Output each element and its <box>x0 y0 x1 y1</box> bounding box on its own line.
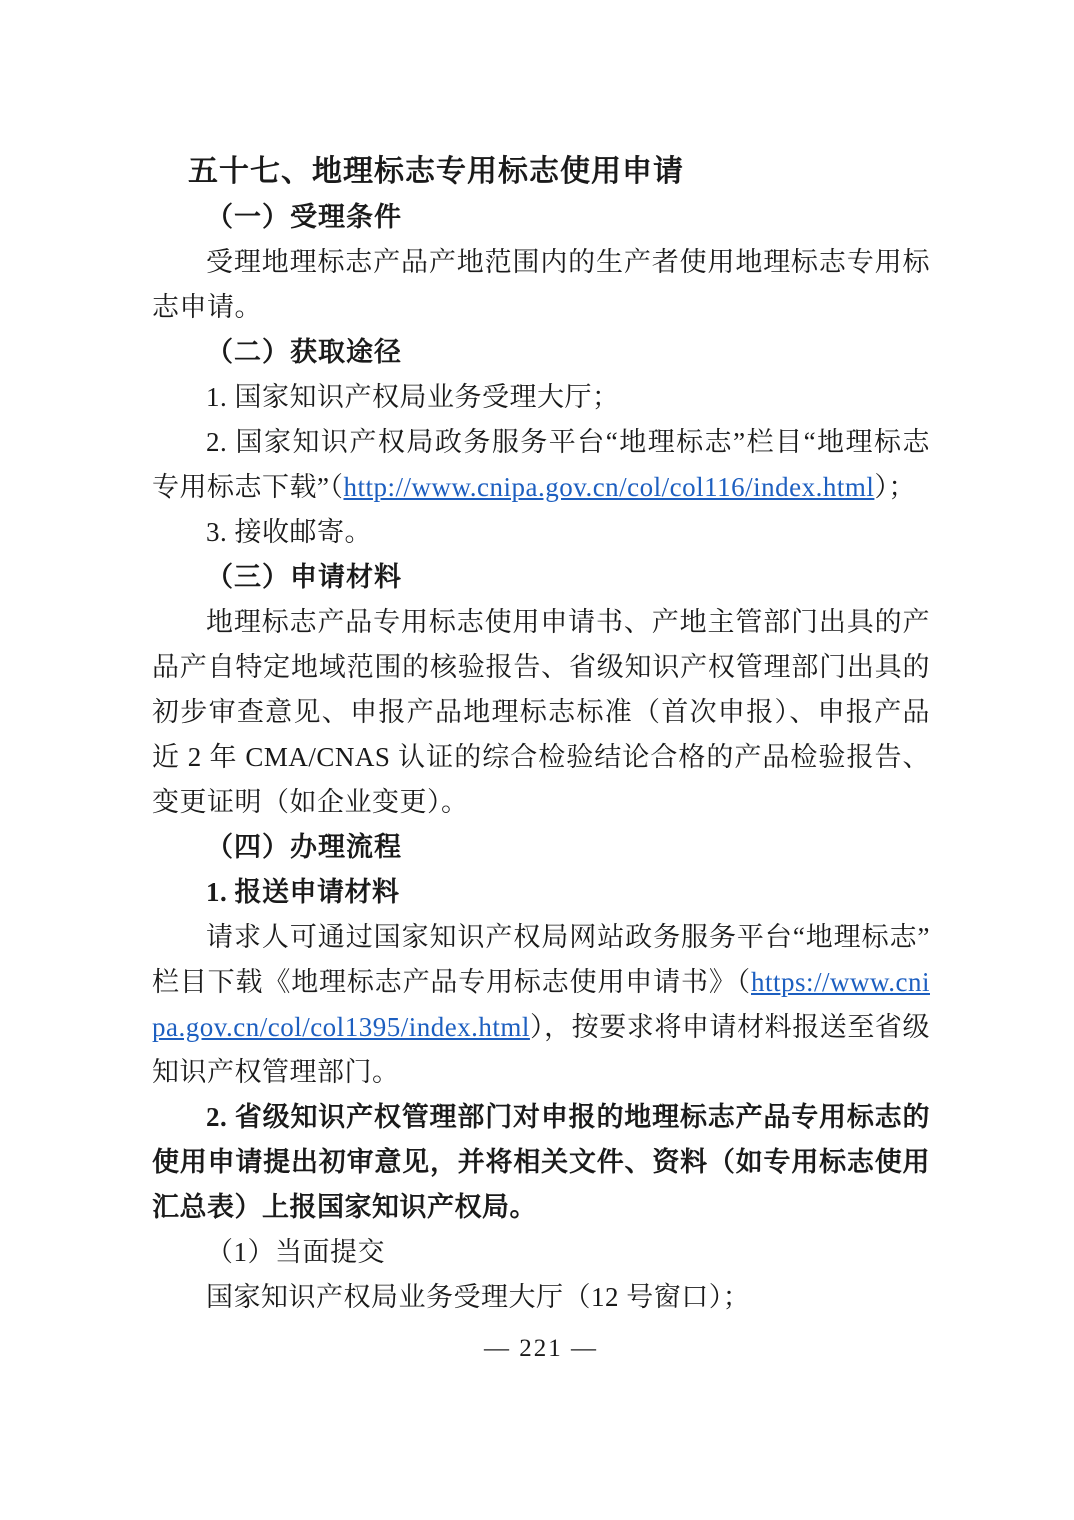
document-page: 五十七、地理标志专用标志使用申请 （一）受理条件 受理地理标志产品产地范围内的生… <box>0 0 1074 1520</box>
list-item-obtain-2-suffix: ）； <box>874 472 916 502</box>
paragraph-submit-method-1-detail: 国家知识产权局业务受理大厅（12 号窗口）； <box>152 1275 930 1320</box>
paragraph-materials-body: 地理标志产品专用标志使用申请书、产地主管部门出具的产品产自特定地域范围的核验报告… <box>152 600 930 825</box>
list-item-obtain-3: 3. 接收邮寄。 <box>152 510 930 555</box>
paragraph-acceptance-body: 受理地理标志产品产地范围内的生产者使用地理标志专用标志申请。 <box>152 240 930 330</box>
list-item-obtain-2: 2. 国家知识产权局政务服务平台“地理标志”栏目“地理标志专用标志下载”（htt… <box>152 420 930 510</box>
list-item-obtain-1: 1. 国家知识产权局业务受理大厅； <box>152 375 930 420</box>
document-content: 五十七、地理标志专用标志使用申请 （一）受理条件 受理地理标志产品产地范围内的生… <box>0 0 1074 1371</box>
paragraph-submit-method-1: （1）当面提交 <box>152 1230 930 1275</box>
page-number: — 221 — <box>152 1326 930 1371</box>
section-heading-materials: （三）申请材料 <box>152 555 930 600</box>
section-heading-obtain: （二）获取途径 <box>152 330 930 375</box>
link-gi-mark-download[interactable]: http://www.cnipa.gov.cn/col/col116/index… <box>343 472 874 502</box>
paragraph-process-step2: 2. 省级知识产权管理部门对申报的地理标志产品专用标志的使用申请提出初审意见，并… <box>152 1095 930 1230</box>
page-title: 五十七、地理标志专用标志使用申请 <box>152 148 930 195</box>
subheading-process-step1: 1. 报送申请材料 <box>152 870 930 915</box>
section-heading-process: （四）办理流程 <box>152 825 930 870</box>
section-heading-acceptance: （一）受理条件 <box>152 195 930 240</box>
paragraph-process-step1: 请求人可通过国家知识产权局网站政务服务平台“地理标志”栏目下载《地理标志产品专用… <box>152 915 930 1095</box>
